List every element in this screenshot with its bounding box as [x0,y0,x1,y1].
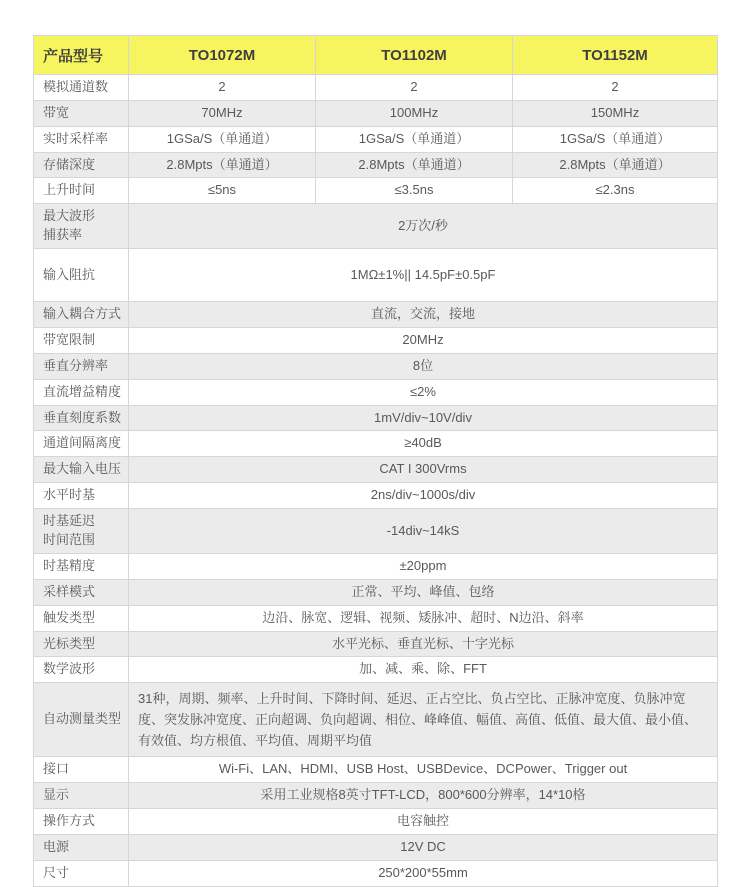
row-bandwidth-limit: 带宽限制 20MHz [34,328,718,354]
spec-table: 产品型号 TO1072M TO1102M TO1152M 模拟通道数 2 2 2… [33,35,718,887]
spec-label: 带宽限制 [34,328,129,354]
row-input-coupling: 输入耦合方式 直流，交流，接地 [34,302,718,328]
header-row: 产品型号 TO1072M TO1102M TO1152M [34,36,718,75]
spec-label: 模拟通道数 [34,75,129,101]
spec-value: 2.8Mpts（单通道） [316,152,513,178]
spec-label: 操作方式 [34,809,129,835]
spec-label: 直流增益精度 [34,379,129,405]
spec-value: 1GSa/S（单通道） [129,126,316,152]
spec-value: 1MΩ±1%|| 14.5pF±0.5pF [129,249,718,302]
row-bandwidth: 带宽 70MHz 100MHz 150MHz [34,100,718,126]
spec-value: 2 [513,75,718,101]
row-dimensions: 尺寸 250*200*55mm [34,860,718,886]
spec-value: Wi-Fi、LAN、HDMI、USB Host、USBDevice、DCPowe… [129,757,718,783]
spec-label: 垂直分辨率 [34,353,129,379]
product-model-header: 产品型号 [34,36,129,75]
spec-value: 2ns/div~1000s/div [129,483,718,509]
row-timebase-accuracy: 时基精度 ±20ppm [34,553,718,579]
spec-label: 上升时间 [34,178,129,204]
spec-label: 输入阻抗 [34,249,129,302]
spec-value: 正常、平均、峰值、包络 [129,579,718,605]
row-dc-gain-accuracy: 直流增益精度 ≤2% [34,379,718,405]
spec-label: 采样模式 [34,579,129,605]
row-sampling-mode: 采样模式 正常、平均、峰值、包络 [34,579,718,605]
spec-label: 尺寸 [34,860,129,886]
row-timebase-delay-range: 时基延迟 时间范围 -14div~14kS [34,508,718,553]
spec-value: 采用工业规格8英寸TFT-LCD，800*600分辨率，14*10格 [129,783,718,809]
spec-label: 水平时基 [34,483,129,509]
spec-value: 100MHz [316,100,513,126]
spec-value: CAT I 300Vrms [129,457,718,483]
spec-label: 实时采样率 [34,126,129,152]
row-sample-rate: 实时采样率 1GSa/S（单通道） 1GSa/S（单通道） 1GSa/S（单通道… [34,126,718,152]
row-vertical-resolution: 垂直分辨率 8位 [34,353,718,379]
row-interfaces: 接口 Wi-Fi、LAN、HDMI、USB Host、USBDevice、DCP… [34,757,718,783]
spec-value: 2.8Mpts（单通道） [513,152,718,178]
spec-label: 输入耦合方式 [34,302,129,328]
row-waveform-capture-rate: 最大波形 捕获率 2万次/秒 [34,204,718,249]
spec-label: 电源 [34,834,129,860]
spec-value: 2万次/秒 [129,204,718,249]
model-header-to1152m: TO1152M [513,36,718,75]
row-trigger-types: 触发类型 边沿、脉宽、逻辑、视频、矮脉冲、超时、N边沿、斜率 [34,605,718,631]
model-header-to1072m: TO1072M [129,36,316,75]
spec-label: 触发类型 [34,605,129,631]
spec-label: 时基延迟 时间范围 [34,508,129,553]
spec-value: 2 [129,75,316,101]
spec-label: 显示 [34,783,129,809]
spec-value: 边沿、脉宽、逻辑、视频、矮脉冲、超时、N边沿、斜率 [129,605,718,631]
spec-value: ±20ppm [129,553,718,579]
spec-label: 最大波形 捕获率 [34,204,129,249]
row-operation-mode: 操作方式 电容触控 [34,809,718,835]
row-display: 显示 采用工业规格8英寸TFT-LCD，800*600分辨率，14*10格 [34,783,718,809]
spec-label: 通道间隔离度 [34,431,129,457]
row-analog-channels: 模拟通道数 2 2 2 [34,75,718,101]
spec-value: 8位 [129,353,718,379]
row-channel-isolation: 通道间隔离度 ≥40dB [34,431,718,457]
spec-value: -14div~14kS [129,508,718,553]
row-power-supply: 电源 12V DC [34,834,718,860]
row-cursor-types: 光标类型 水平光标、垂直光标、十字光标 [34,631,718,657]
spec-label: 数学波形 [34,657,129,683]
spec-value: 31种，周期、频率、上升时间、下降时间、延迟、正占空比、负占空比、正脉冲宽度、负… [129,683,718,757]
model-header-to1102m: TO1102M [316,36,513,75]
spec-value: ≤2.3ns [513,178,718,204]
spec-value: ≤5ns [129,178,316,204]
spec-value: 1GSa/S（单通道） [316,126,513,152]
row-memory-depth: 存储深度 2.8Mpts（单通道） 2.8Mpts（单通道） 2.8Mpts（单… [34,152,718,178]
spec-value: 2.8Mpts（单通道） [129,152,316,178]
spec-value: 12V DC [129,834,718,860]
spec-value: 250*200*55mm [129,860,718,886]
spec-value: 加、减、乘、除、FFT [129,657,718,683]
spec-value: ≤2% [129,379,718,405]
row-max-input-voltage: 最大输入电压 CAT I 300Vrms [34,457,718,483]
row-math-waveforms: 数学波形 加、减、乘、除、FFT [34,657,718,683]
spec-label: 带宽 [34,100,129,126]
spec-sheet-page: 产品型号 TO1072M TO1102M TO1152M 模拟通道数 2 2 2… [0,0,750,877]
spec-label: 时基精度 [34,553,129,579]
spec-value: 70MHz [129,100,316,126]
spec-value: 2 [316,75,513,101]
row-horizontal-timebase: 水平时基 2ns/div~1000s/div [34,483,718,509]
spec-label: 接口 [34,757,129,783]
spec-value: 水平光标、垂直光标、十字光标 [129,631,718,657]
spec-value: 20MHz [129,328,718,354]
spec-label: 最大输入电压 [34,457,129,483]
spec-value: ≥40dB [129,431,718,457]
spec-label: 存储深度 [34,152,129,178]
row-input-impedance: 输入阻抗 1MΩ±1%|| 14.5pF±0.5pF [34,249,718,302]
row-rise-time: 上升时间 ≤5ns ≤3.5ns ≤2.3ns [34,178,718,204]
row-auto-measurements: 自动测量类型 31种，周期、频率、上升时间、下降时间、延迟、正占空比、负占空比、… [34,683,718,757]
spec-value: 电容触控 [129,809,718,835]
spec-label: 垂直刻度系数 [34,405,129,431]
row-vertical-scale: 垂直刻度系数 1mV/div~10V/div [34,405,718,431]
spec-value: 1GSa/S（单通道） [513,126,718,152]
spec-label: 自动测量类型 [34,683,129,757]
spec-value: ≤3.5ns [316,178,513,204]
spec-value: 直流，交流，接地 [129,302,718,328]
spec-label: 光标类型 [34,631,129,657]
spec-value: 1mV/div~10V/div [129,405,718,431]
spec-value: 150MHz [513,100,718,126]
